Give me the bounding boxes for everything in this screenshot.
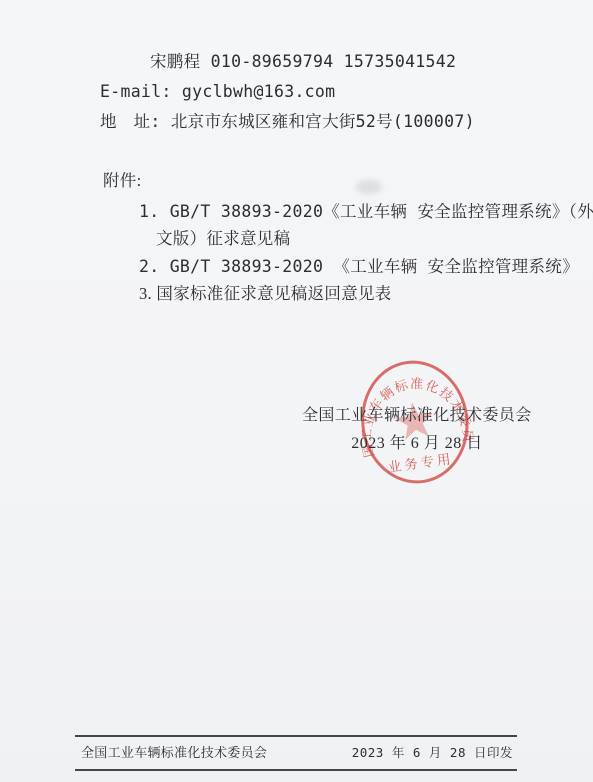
attachment-item-1-line-2: 文版）征求意见稿 xyxy=(156,229,290,248)
footer-print-date: 2023 年 6 月 28 日印发 xyxy=(352,743,517,761)
footer-row: 全国工业车辆标准化技术委员会 2023 年 6 月 28 日印发 xyxy=(75,742,517,761)
footer-divider-top xyxy=(75,735,517,737)
contact-address: 地 址: 北京市东城区雍和宫大街52号(100007) xyxy=(100,112,475,131)
scan-smudge xyxy=(356,180,382,194)
attachment-item-2: 2. GB/T 38893-2020 《工业车辆 安全监控管理系统》 xyxy=(139,257,579,276)
attachments-label: 附件: xyxy=(103,171,141,190)
contact-email: E-mail: gyclbwh@163.com xyxy=(100,82,335,101)
scanned-document-page: 宋鹏程 010-89659794 15735041542 E-mail: gyc… xyxy=(0,0,593,782)
footer-organization: 全国工业车辆标准化技术委员会 xyxy=(75,742,267,761)
attachment-item-3: 3. 国家标准征求意见稿返回意见表 xyxy=(139,284,392,303)
footer-divider-bottom xyxy=(75,769,517,771)
attachment-item-1-line-1: 1. GB/T 38893-2020《工业车辆 安全监控管理系统》（外 xyxy=(139,202,593,221)
signature-organization: 全国工业车辆标准化技术委员会 xyxy=(302,402,532,425)
contact-name-phone: 宋鹏程 010-89659794 15735041542 xyxy=(150,52,456,71)
signature-date: 2023 年 6 月 28 日 xyxy=(302,430,532,453)
